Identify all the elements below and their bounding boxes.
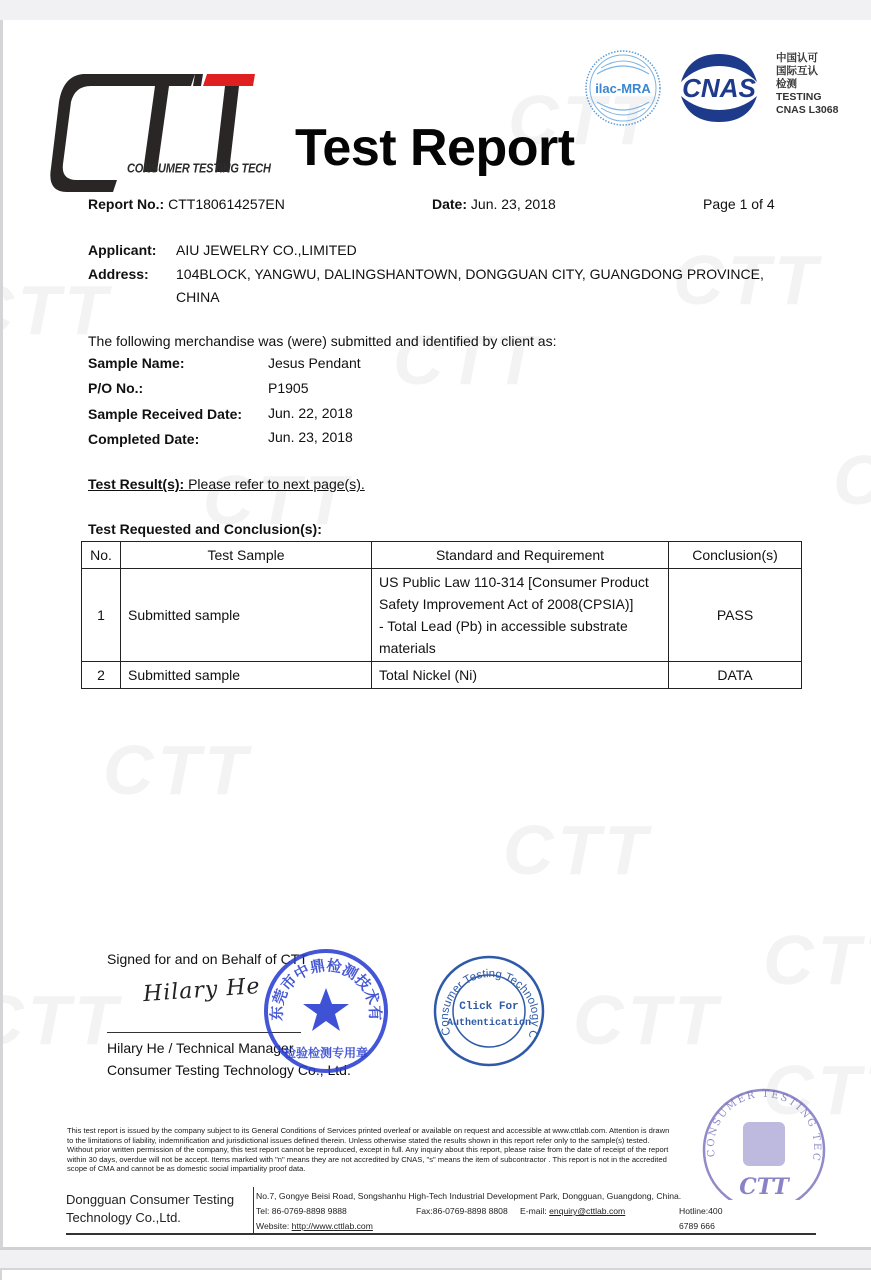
- cert-testing: TESTING: [776, 91, 838, 104]
- column-header-standard: Standard and Requirement: [372, 542, 669, 569]
- column-header-test-sample: Test Sample: [121, 542, 372, 569]
- received-date-label: Sample Received Date:: [88, 406, 242, 422]
- cert-cn-line: 国际互认: [776, 65, 838, 78]
- footer-email-label: E-mail:: [520, 1206, 547, 1216]
- address-line-2: CHINA: [176, 289, 220, 305]
- footer-contact-info: No.7, Gongye Beisi Road, Songshanhu High…: [256, 1189, 681, 1234]
- cell-conclusion: DATA: [669, 662, 802, 689]
- watermark: CTT: [573, 980, 721, 1060]
- footer-email-link[interactable]: enquiry@cttlab.com: [549, 1206, 625, 1216]
- conclusions-heading: Test Requested and Conclusion(s):: [88, 521, 322, 537]
- cell-conclusion: PASS: [669, 569, 802, 662]
- table-header-row: No. Test Sample Standard and Requirement…: [82, 542, 802, 569]
- cell-standard: Total Nickel (Ni): [372, 662, 669, 689]
- footer-hotline: Hotline:400 6789 666: [679, 1204, 722, 1234]
- footer-company-name: Dongguan Consumer Testing Technology Co.…: [66, 1191, 234, 1227]
- cert-cnas-number: CNAS L3068: [776, 104, 838, 117]
- svg-text:ilac-MRA: ilac-MRA: [595, 81, 651, 96]
- footer-website-label: Website:: [256, 1221, 289, 1231]
- table-row: 1 Submitted sample US Public Law 110-314…: [82, 569, 802, 662]
- po-number-value: P1905: [268, 380, 308, 396]
- cert-cn-line: 中国认可: [776, 52, 838, 65]
- completed-date-value: Jun. 23, 2018: [268, 429, 353, 445]
- cell-test-sample: Submitted sample: [121, 569, 372, 662]
- report-number-label: Report No.:: [88, 196, 164, 212]
- report-date-label: Date:: [432, 196, 467, 212]
- address-label: Address:: [88, 266, 149, 282]
- svg-text:检验检测专用章: 检验检测专用章: [284, 1045, 368, 1060]
- svg-text:CNAS: CNAS: [682, 73, 756, 103]
- svg-text:Click For: Click For: [459, 1001, 518, 1013]
- received-date-value: Jun. 22, 2018: [268, 405, 353, 421]
- official-seal-stamp: 东莞市中鼎检测技术有限公司 检验检测专用章: [261, 946, 391, 1076]
- cert-cn-line: 检测: [776, 78, 838, 91]
- sample-name-value: Jesus Pendant: [268, 355, 361, 371]
- cell-test-sample: Submitted sample: [121, 662, 372, 689]
- page-title: Test Report: [295, 118, 575, 178]
- test-result-text: Please refer to next page(s).: [188, 476, 365, 492]
- report-date: Date: Jun. 23, 2018: [432, 196, 556, 212]
- applicant-label: Applicant:: [88, 242, 156, 258]
- ctt-logo: [45, 72, 260, 202]
- report-number: Report No.: CTT180614257EN: [88, 196, 285, 212]
- cell-standard: US Public Law 110-314 [Consumer Product …: [372, 569, 669, 662]
- watermark: CTT: [833, 440, 871, 520]
- watermark: CTT: [393, 320, 541, 400]
- footer-tel: Tel: 86-0769-8898 9888: [256, 1204, 347, 1219]
- standard-line: - Total Lead (Pb) in accessible substrat…: [379, 615, 661, 637]
- ilac-mra-logo: ilac-MRA: [583, 48, 663, 128]
- page-indicator: Page 1 of 4: [703, 196, 775, 212]
- footer-company-line: Dongguan Consumer Testing: [66, 1191, 234, 1209]
- footer-divider: [253, 1187, 254, 1233]
- completed-date-label: Completed Date:: [88, 431, 199, 447]
- column-header-no: No.: [82, 542, 121, 569]
- table-row: 2 Submitted sample Total Nickel (Ni) DAT…: [82, 662, 802, 689]
- column-header-conclusion: Conclusion(s): [669, 542, 802, 569]
- logo-tagline: CONSUMER TESTING TECH: [127, 162, 271, 176]
- footer-company-line: Technology Co.,Ltd.: [66, 1209, 234, 1227]
- watermark: CTT: [103, 730, 251, 810]
- handwritten-signature: Hilary He: [142, 974, 261, 1007]
- po-number-label: P/O No.:: [88, 380, 143, 396]
- conclusions-table: No. Test Sample Standard and Requirement…: [81, 541, 802, 689]
- sample-intro: The following merchandise was (were) sub…: [88, 333, 556, 349]
- watermark: CTT: [503, 810, 651, 890]
- standard-line: materials: [379, 637, 661, 659]
- watermark: CTT: [763, 920, 871, 1000]
- footer-contacts-row: Tel: 86-0769-8898 9888 Fax:86-0769-8898 …: [256, 1204, 681, 1219]
- report-page: CTT CTT CTT CTT CTT CTT CTT CTT CTT CTT …: [0, 20, 871, 1250]
- footer-rule: [66, 1233, 816, 1235]
- cnas-accreditation-text: 中国认可 国际互认 检测 TESTING CNAS L3068: [776, 52, 838, 117]
- footer-website-link[interactable]: http://www.cttlab.com: [292, 1221, 373, 1231]
- ctt-company-seal: CONSUMER TESTING TECHNOLOGY CTT: [697, 1084, 831, 1200]
- authentication-seal-button[interactable]: Consumer Testing Technology Co., Ltd. Cl…: [431, 953, 547, 1069]
- footer-email: E-mail: enquiry@cttlab.com: [520, 1204, 625, 1219]
- standard-line: Total Nickel (Ni): [379, 664, 661, 686]
- sample-name-label: Sample Name:: [88, 355, 184, 371]
- report-date-value: Jun. 23, 2018: [471, 196, 556, 212]
- footer-website: Website: http://www.cttlab.com: [256, 1219, 681, 1234]
- cnas-logo: CNAS: [671, 52, 767, 124]
- cell-no: 1: [82, 569, 121, 662]
- report-number-value: CTT180614257EN: [168, 196, 285, 212]
- footer-fax: Fax:86-0769-8898 8808: [416, 1204, 508, 1219]
- address-line-1: 104BLOCK, YANGWU, DALINGSHANTOWN, DONGGU…: [176, 266, 764, 282]
- standard-line: Safety Improvement Act of 2008(CPSIA)]: [379, 593, 661, 615]
- footer-address: No.7, Gongye Beisi Road, Songshanhu High…: [256, 1189, 681, 1204]
- test-result-note: Test Result(s): Please refer to next pag…: [88, 476, 365, 492]
- svg-text:CTT: CTT: [739, 1174, 790, 1200]
- applicant-value: AIU JEWELRY CO.,LIMITED: [176, 242, 357, 258]
- standard-line: US Public Law 110-314 [Consumer Product: [379, 571, 661, 593]
- watermark: CTT: [0, 980, 121, 1060]
- cell-no: 2: [82, 662, 121, 689]
- test-result-label: Test Result(s):: [88, 476, 184, 492]
- next-page-edge: [0, 1268, 871, 1280]
- svg-text:Authentication: Authentication: [447, 1017, 531, 1029]
